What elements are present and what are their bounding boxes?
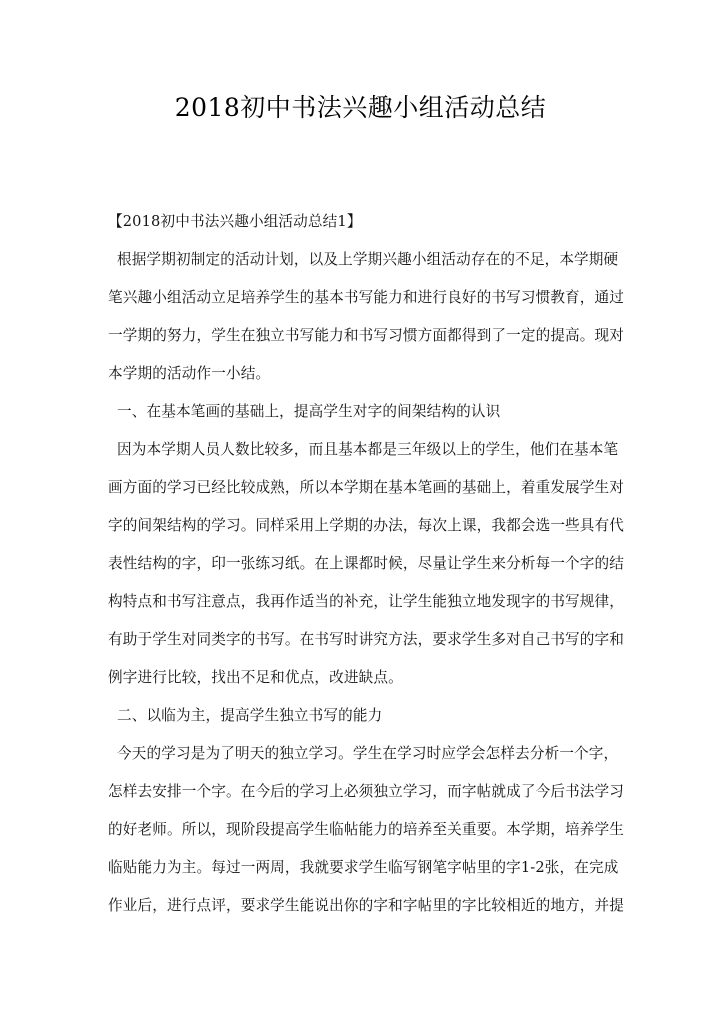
section-label: 【2018初中书法兴趣小组活动总结1】 [108,203,613,241]
paragraph-line: 怎样去安排一个字。在今后的学习上必须独立学习，而字帖就成了今后书法学习 [108,773,613,811]
paragraph-line: 临贴能力为主。每过一两周，我就要求学生临写钢笔字帖里的字1-2张，在完成 [108,849,613,887]
paragraph-line: 字的间架结构的学习。同样采用上学期的办法，每次上课，我都会选一些具有代 [108,507,613,545]
document-title: 2018初中书法兴趣小组活动总结 [0,88,721,124]
paragraph-line: 画方面的学习已经比较成熟，所以本学期在基本笔画的基础上，着重发展学生对 [108,469,613,507]
paragraph-line: 的好老师。所以，现阶段提高学生临帖能力的培养至关重要。本学期，培养学生 [108,811,613,849]
document-body: 【2018初中书法兴趣小组活动总结1】 根据学期初制定的活动计划，以及上学期兴趣… [108,203,613,925]
paragraph-line: 根据学期初制定的活动计划，以及上学期兴趣小组活动存在的不足，本学期硬 [108,241,613,279]
paragraph-line: 因为本学期人员人数比较多，而且基本都是三年级以上的学生，他们在基本笔 [108,431,613,469]
paragraph-line: 本学期的活动作一小结。 [108,355,613,393]
paragraph-line: 今天的学习是为了明天的独立学习。学生在学习时应学会怎样去分析一个字， [108,735,613,773]
paragraph-line: 笔兴趣小组活动立足培养学生的基本书写能力和进行良好的书写习惯教育，通过 [108,279,613,317]
paragraph-line: 表性结构的字，印一张练习纸。在上课都时候，尽量让学生来分析每一个字的结 [108,545,613,583]
section-heading-1: 一、在基本笔画的基础上，提高学生对字的间架结构的认识 [108,393,613,431]
paragraph-line: 构特点和书写注意点，我再作适当的补充，让学生能独立地发现字的书写规律， [108,583,613,621]
paragraph-line: 作业后，进行点评，要求学生能说出你的字和字帖里的字比较相近的地方，并提 [108,887,613,925]
paragraph-line: 例字进行比较，找出不足和优点，改进缺点。 [108,659,613,697]
section-heading-2: 二、以临为主，提高学生独立书写的能力 [108,697,613,735]
paragraph-line: 有助于学生对同类字的书写。在书写时讲究方法，要求学生多对自己书写的字和 [108,621,613,659]
paragraph-line: 一学期的努力，学生在独立书写能力和书写习惯方面都得到了一定的提高。现对 [108,317,613,355]
